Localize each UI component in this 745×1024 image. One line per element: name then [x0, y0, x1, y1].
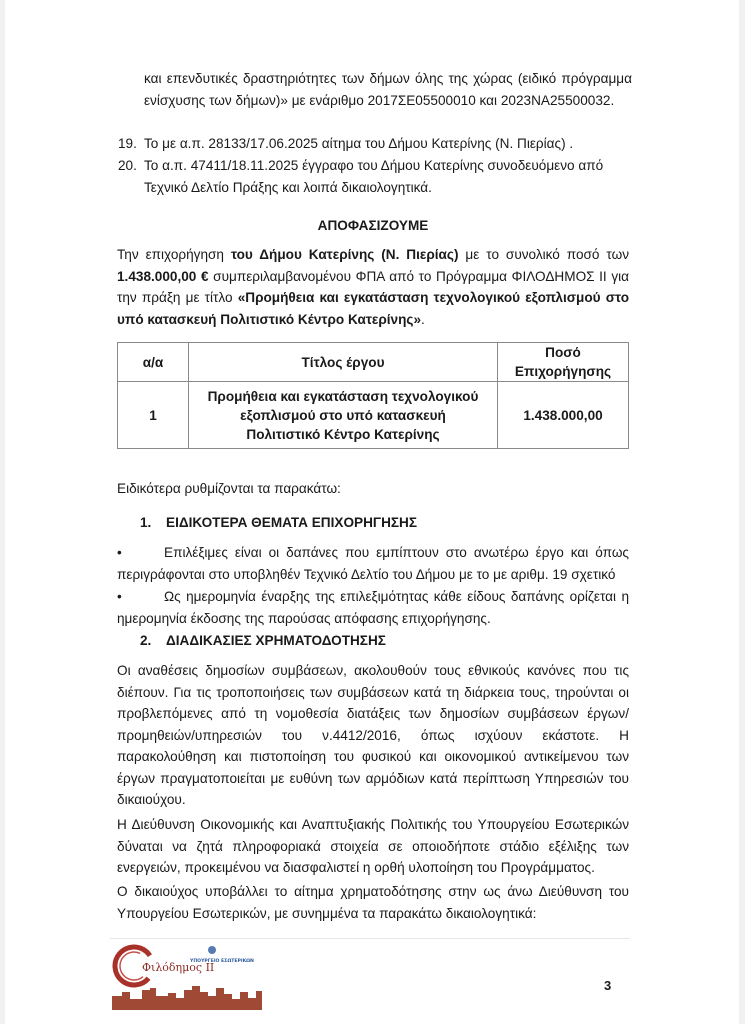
header-aa: α/α: [118, 343, 189, 382]
bullet-text: Ως ημερομηνία έναρξης της επιλεξιμότητας…: [117, 586, 629, 629]
cell-amount: 1.438.000,00: [498, 382, 629, 449]
section-title: ΕΙΔΙΚΟΤΕΡΑ ΘΕΜΑΤΑ ΕΠΙΧΟΡΗΓΗΣΗΣ: [166, 515, 417, 530]
section-number: 1.: [140, 512, 166, 534]
bullet-item: • Ως ημερομηνία έναρξης της επιλεξιμότητ…: [117, 586, 629, 629]
beneficiary-name: του Δήμου Κατερίνης (Ν. Πιερίας): [231, 247, 459, 262]
decision-text: Την επιχορήγηση: [117, 247, 231, 262]
bullet-icon: •: [117, 542, 122, 564]
grant-amount: 1.438.000,00 €: [117, 269, 209, 284]
item-text: Το με α.π. 28133/17.06.2025 αίτημα του Δ…: [144, 133, 632, 155]
decision-text: με το συνολικό ποσό των: [459, 247, 630, 262]
decision-heading: ΑΠΟΦΑΣΙΖΟΥΜΕ: [117, 215, 629, 237]
decision-paragraph: Την επιχορήγηση του Δήμου Κατερίνης (Ν. …: [117, 244, 629, 330]
item-text: Το α.π. 47411/18.11.2025 έγγραφο του Δήμ…: [144, 155, 632, 198]
paragraph-directorate: Η Διεύθυνση Οικονομικής και Αναπτυξιακής…: [117, 814, 629, 879]
section-2-heading: 2.ΔΙΑΔΙΚΑΣΙΕΣ ΧΡΗΜΑΤΟΔΟΤΗΣΗΣ: [140, 630, 386, 652]
footer-divider: [110, 938, 630, 939]
item-number: 19.: [118, 133, 137, 155]
bullet-text: Επιλέξιμες είναι οι δαπάνες που εμπίπτου…: [117, 542, 629, 585]
numbered-item-19: 19. Το με α.π. 28133/17.06.2025 αίτημα τ…: [118, 133, 632, 155]
section-1-heading: 1.ΕΙΔΙΚΟΤΕΡΑ ΘΕΜΑΤΑ ΕΠΙΧΟΡΗΓΗΣΗΣ: [140, 512, 417, 534]
cell-aa: 1: [118, 382, 189, 449]
decision-text: .: [421, 312, 425, 327]
bullet-icon: •: [117, 586, 122, 608]
paragraph-procurement: Οι αναθέσεις δημοσίων συμβάσεων, ακολουθ…: [117, 660, 629, 811]
table-header-row: α/α Τίτλος έργου Ποσό Επιχορήγησης: [118, 343, 629, 382]
document-page: και επενδυτικές δραστηριότητες των δήμων…: [0, 0, 745, 1024]
table-row: 1 Προμήθεια και εγκατάσταση τεχνολογικού…: [118, 382, 629, 449]
filodimos-logo-icon: Φιλόδημος ΙΙ ΥΠΟΥΡΓΕΙΟ ΕΣΩΤΕΡΙΚΩΝ: [112, 944, 352, 1014]
numbered-item-20: 20. Το α.π. 47411/18.11.2025 έγγραφο του…: [118, 155, 632, 198]
bullet-item: • Επιλέξιμες είναι οι δαπάνες που εμπίπτ…: [117, 542, 629, 585]
grant-table: α/α Τίτλος έργου Ποσό Επιχορήγησης 1 Προ…: [117, 342, 629, 449]
section-title: ΔΙΑΔΙΚΑΣΙΕΣ ΧΡΗΜΑΤΟΔΟΤΗΣΗΣ: [166, 633, 386, 648]
header-amount: Ποσό Επιχορήγησης: [498, 343, 629, 382]
continuation-paragraph: και επενδυτικές δραστηριότητες των δήμων…: [144, 68, 632, 111]
filodimos-logo: Φιλόδημος ΙΙ ΥΠΟΥΡΓΕΙΟ ΕΣΩΤΕΡΙΚΩΝ: [112, 944, 352, 1014]
section-number: 2.: [140, 630, 166, 652]
cell-title: Προμήθεια και εγκατάσταση τεχνολογικού ε…: [189, 382, 498, 449]
intro-specific: Ειδικότερα ρυθμίζονται τα παρακάτω:: [117, 478, 629, 500]
item-number: 20.: [118, 155, 137, 177]
header-title: Τίτλος έργου: [189, 343, 498, 382]
svg-text:ΥΠΟΥΡΓΕΙΟ ΕΣΩΤΕΡΙΚΩΝ: ΥΠΟΥΡΓΕΙΟ ΕΣΩΤΕΡΙΚΩΝ: [189, 958, 254, 964]
page-number: 3: [604, 978, 611, 993]
paragraph-beneficiary: Ο δικαιούχος υποβάλλει το αίτημα χρηματο…: [117, 881, 629, 924]
